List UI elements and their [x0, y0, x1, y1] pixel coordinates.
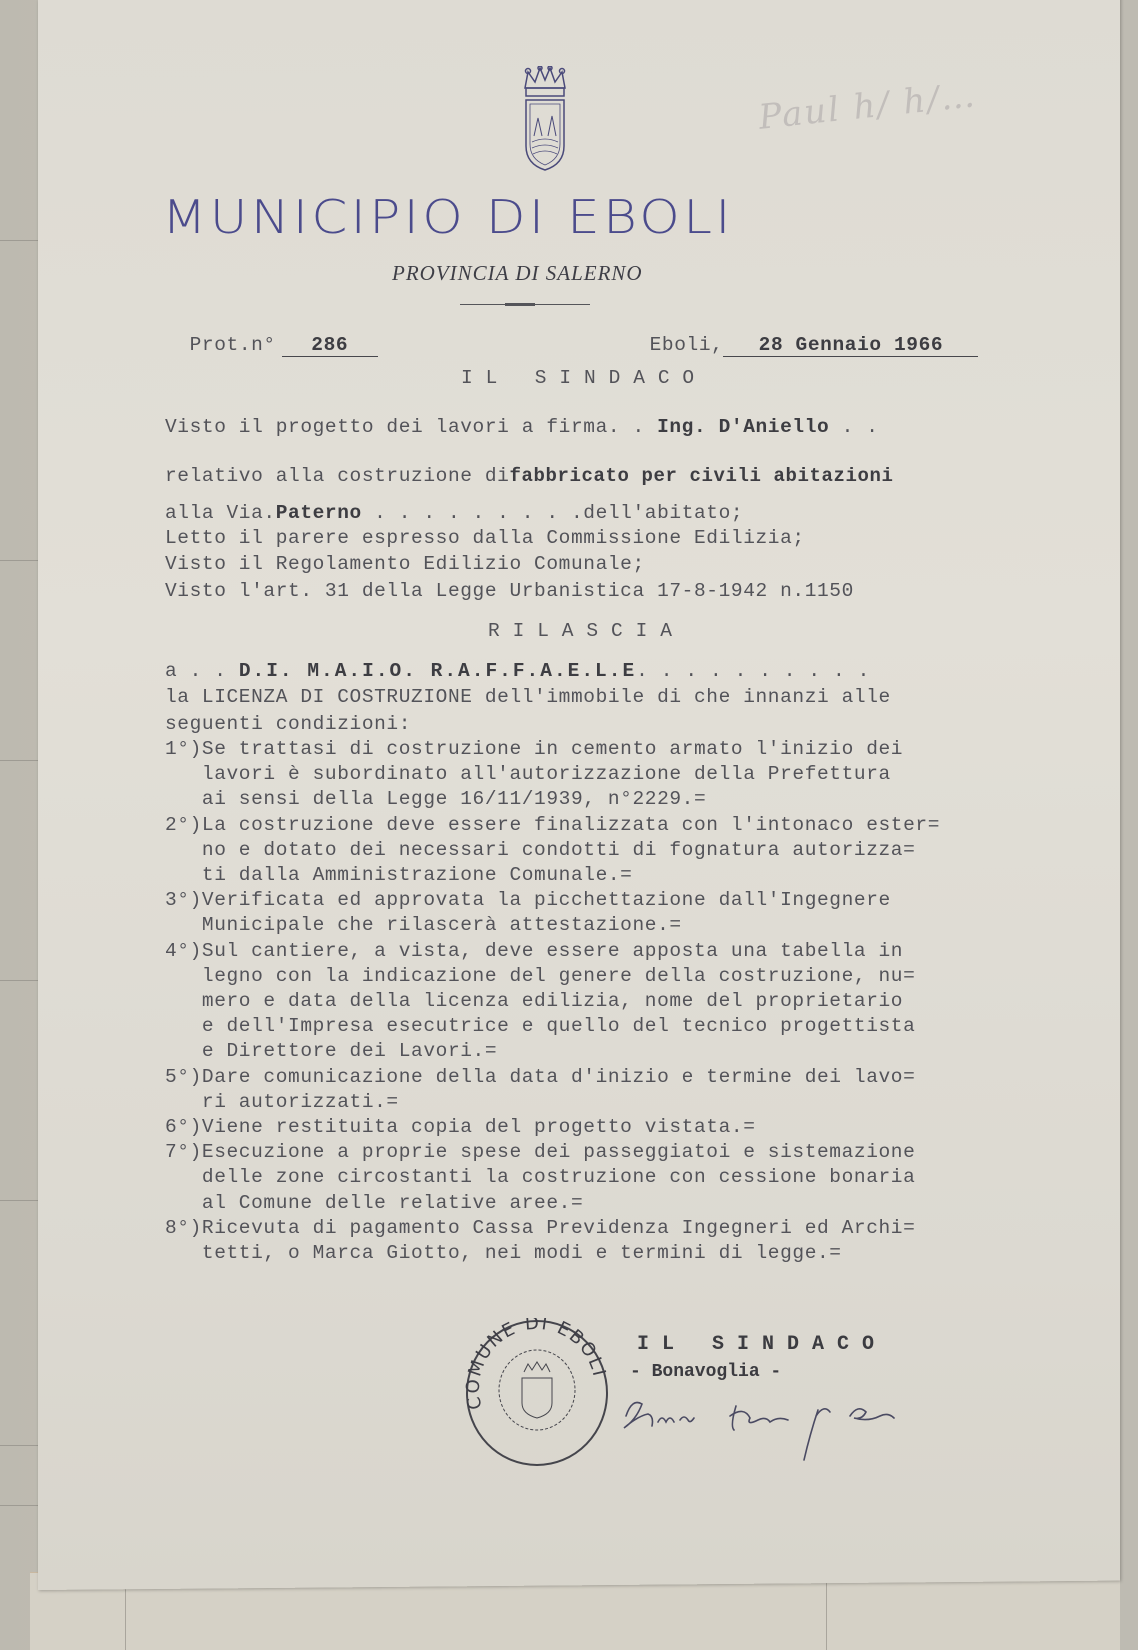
condition-line: 2°)La costruzione deve essere finalizzat… [165, 814, 940, 836]
condition-line: Municipale che rilascerà attestazione.= [165, 914, 682, 936]
document-date: 28 Gennaio 1966 [723, 334, 978, 357]
condition-line: ri autorizzati.= [165, 1091, 399, 1113]
preamble-line-1: Visto il progetto dei lavori a firma. . … [165, 416, 879, 438]
condition-number: 3°) [165, 889, 202, 911]
protocol-line: Prot.n°286 [165, 312, 378, 357]
indent [165, 1091, 202, 1113]
protocol-label: Prot.n° [190, 334, 276, 356]
protocol-number: 286 [282, 334, 378, 357]
condition-number: 1°) [165, 738, 202, 760]
condition-line: al Comune delle relative aree.= [165, 1192, 583, 1214]
heading-rilascia: R I L A S C I A [488, 620, 673, 642]
ruled-line [0, 1445, 40, 1446]
indent [165, 763, 202, 785]
condition-text: ai sensi della Legge 16/11/1939, n°2229.… [202, 788, 706, 810]
condition-text: e dell'Impresa esecutrice e quello del t… [202, 1015, 916, 1037]
condition-text: delle zone circostanti la costruzione co… [202, 1166, 916, 1188]
preamble-text: relativo alla costruzione di [165, 465, 509, 487]
condition-number: 5°) [165, 1066, 202, 1088]
preamble-line-3: alla Via.Paterno . . . . . . . . .dell'a… [165, 502, 743, 524]
ruled-line [0, 1200, 40, 1201]
condition-text: Esecuzione a proprie spese dei passeggia… [202, 1141, 916, 1163]
ruled-line [0, 760, 40, 761]
indent [165, 965, 202, 987]
condition-text: Se trattasi di costruzione in cemento ar… [202, 738, 903, 760]
condition-text: ti dalla Amministrazione Comunale.= [202, 864, 633, 886]
street-name: Paterno [276, 502, 362, 524]
ruled-line [0, 560, 40, 561]
condition-line: 8°)Ricevuta di pagamento Cassa Previdenz… [165, 1217, 915, 1239]
indent [165, 1015, 202, 1037]
indent [165, 864, 202, 886]
condition-number: 4°) [165, 940, 202, 962]
condition-line: legno con la indicazione del genere dell… [165, 965, 915, 987]
condition-line: 6°)Viene restituita copia del progetto v… [165, 1116, 756, 1138]
condition-line: lavori è subordinato all'autorizzazione … [165, 763, 891, 785]
condition-text: Dare comunicazione della data d'inizio e… [202, 1066, 916, 1088]
license-intro-line-1: la LICENZA DI COSTRUZIONE dell'immobile … [165, 686, 891, 708]
condition-text: no e dotato dei necessari condotti di fo… [202, 839, 916, 861]
condition-text: Municipale che rilascerà attestazione.= [202, 914, 682, 936]
condition-line: delle zone circostanti la costruzione co… [165, 1166, 915, 1188]
signatory-name: - Bonavoglia - [630, 1362, 781, 1382]
indent [165, 1166, 202, 1188]
condition-line: 5°)Dare comunicazione della data d'inizi… [165, 1066, 915, 1088]
ruled-line [0, 980, 40, 981]
indent [165, 1192, 202, 1214]
license-intro-line-2: seguenti condizioni: [165, 713, 411, 735]
condition-line: 7°)Esecuzione a proprie spese dei passeg… [165, 1141, 915, 1163]
official-round-stamp-icon: COMUNE DI EBOLI [462, 1318, 612, 1468]
indent [165, 990, 202, 1012]
preamble-text: . . . . . . . . .dell'abitato; [362, 502, 743, 524]
recipient-name: D.I. M.A.I.O. R.A.F.F.A.E.L.E [239, 660, 636, 682]
decorative-rule [460, 304, 590, 305]
ruled-line [0, 1505, 40, 1506]
indent [165, 1040, 202, 1062]
condition-text: e Direttore dei Lavori.= [202, 1040, 497, 1062]
preamble-line-4: Letto il parere espresso dalla Commissio… [165, 527, 805, 549]
fold-line [826, 1573, 827, 1650]
condition-text: Verificata ed approvata la picchettazion… [202, 889, 891, 911]
condition-text: lavori è subordinato all'autorizzazione … [202, 763, 891, 785]
preamble-line-2: relativo alla costruzione difabbricato p… [165, 465, 894, 487]
condition-text: Viene restituita copia del progetto vist… [202, 1116, 756, 1138]
condition-line: 4°)Sul cantiere, a vista, deve essere ap… [165, 940, 903, 962]
preamble-line-6: Visto l'art. 31 della Legge Urbanistica … [165, 580, 854, 602]
condition-line: tetti, o Marca Giotto, nei modi e termin… [165, 1242, 842, 1264]
condition-line: ti dalla Amministrazione Comunale.= [165, 864, 632, 886]
condition-line: mero e data della licenza edilizia, nome… [165, 990, 903, 1012]
heading-sindaco: I L S I N D A C O [461, 367, 695, 389]
condition-line: ai sensi della Legge 16/11/1939, n°2229.… [165, 788, 706, 810]
condition-text: Sul cantiere, a vista, deve essere appos… [202, 940, 903, 962]
condition-line: 1°)Se trattasi di costruzione in cemento… [165, 738, 903, 760]
condition-line: e dell'Impresa esecutrice e quello del t… [165, 1015, 915, 1037]
engineer-name: Ing. D'Aniello [657, 416, 829, 438]
indent [165, 1242, 202, 1264]
preamble-line-5: Visto il Regolamento Edilizio Comunale; [165, 553, 645, 575]
condition-text: Ricevuta di pagamento Cassa Previdenza I… [202, 1217, 916, 1239]
ruled-line [0, 240, 40, 241]
coat-of-arms-crest-icon [520, 66, 570, 172]
condition-number: 8°) [165, 1217, 202, 1239]
condition-text: La costruzione deve essere finalizzata c… [202, 814, 940, 836]
condition-number: 2°) [165, 814, 202, 836]
condition-line: no e dotato dei necessari condotti di fo… [165, 839, 915, 861]
condition-text: ri autorizzati.= [202, 1091, 399, 1113]
indent [165, 839, 202, 861]
municipality-title: MUNICIPIO DI EBOLI [162, 190, 1024, 244]
preamble-text: alla Via. [165, 502, 276, 524]
condition-number: 7°) [165, 1141, 202, 1163]
condition-text: tetti, o Marca Giotto, nei modi e termin… [202, 1242, 842, 1264]
indent [165, 914, 202, 936]
condition-line: e Direttore dei Lavori.= [165, 1040, 497, 1062]
place-label: Eboli, [650, 334, 724, 356]
condition-number: 6°) [165, 1116, 202, 1138]
preamble-text: . . [829, 416, 878, 438]
condition-line: 3°)Verificata ed approvata la picchettaz… [165, 889, 891, 911]
condition-text: mero e data della licenza edilizia, nome… [202, 990, 903, 1012]
condition-text: legno con la indicazione del genere dell… [202, 965, 916, 987]
stamp-text: COMUNE DI EBOLI [463, 1318, 610, 1411]
indent [165, 788, 202, 810]
preamble-text: Visto il progetto dei lavori a firma. . [165, 416, 657, 438]
date-line: Eboli,28 Gennaio 1966 [625, 312, 978, 357]
building-type: fabbricato per civili abitazioni [509, 465, 893, 487]
recipient-suffix: . . . . . . . . . . [636, 660, 870, 682]
recipient-line: a . . D.I. M.A.I.O. R.A.F.F.A.E.L.E. . .… [165, 660, 870, 682]
handwritten-signature-icon [618, 1386, 938, 1466]
svg-text:COMUNE DI EBOLI: COMUNE DI EBOLI [463, 1318, 610, 1411]
condition-text: al Comune delle relative aree.= [202, 1192, 583, 1214]
recipient-prefix: a . . [165, 660, 239, 682]
province-subtitle: PROVINCIA DI SALERNO [392, 261, 643, 286]
signature-title: IL SINDACO [637, 1333, 887, 1356]
